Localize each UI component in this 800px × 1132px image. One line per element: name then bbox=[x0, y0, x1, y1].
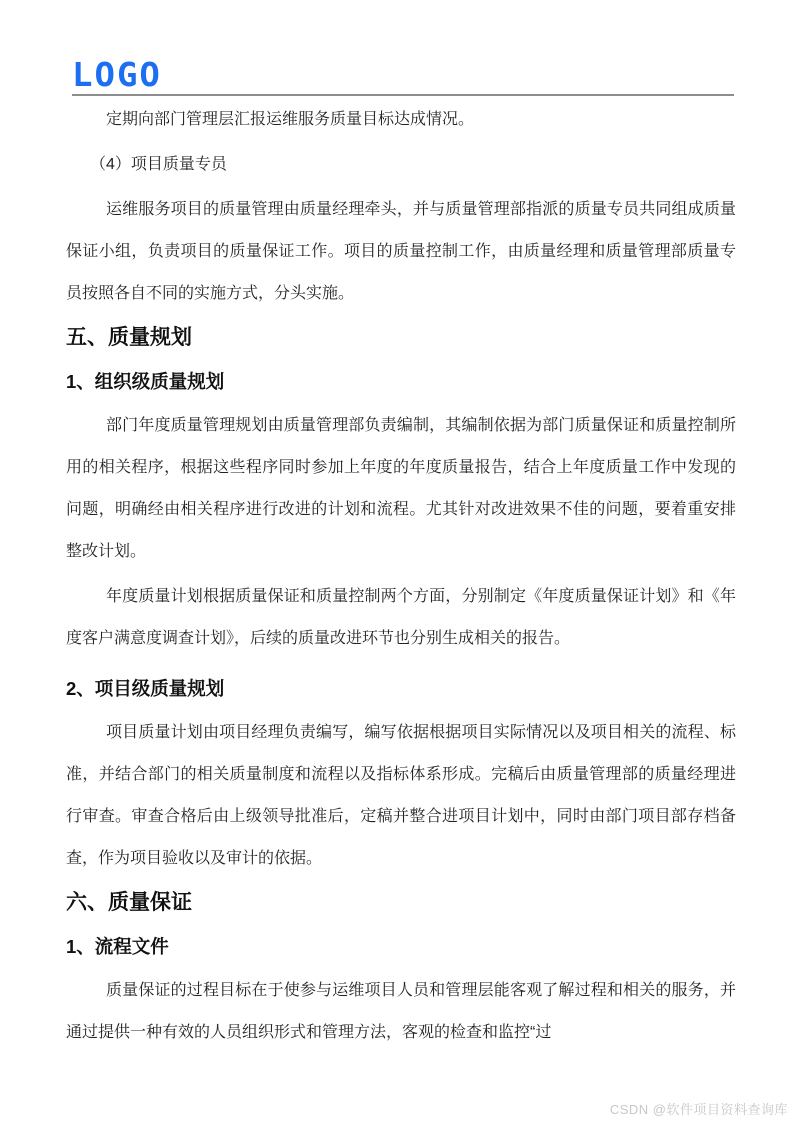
company-logo: LOGO bbox=[72, 59, 734, 92]
paragraph-report-duty: 定期向部门管理层汇报运维服务质量目标达成情况。 bbox=[66, 99, 736, 141]
paragraph-item4-body: 运维服务项目的质量管理由质量经理牵头，并与质量管理部指派的质量专员共同组成质量保… bbox=[66, 189, 736, 315]
subsection-heading-5-2-project-planning: 2、项目级质量规划 bbox=[66, 676, 736, 702]
subsection-heading-5-1-org-planning: 1、组织级质量规划 bbox=[66, 369, 736, 395]
list-item-4-heading: （4）项目质量专员 bbox=[66, 144, 736, 186]
page-header: LOGO bbox=[0, 0, 800, 96]
paragraph-org-planning-1: 部门年度质量管理规划由质量管理部负责编制，其编制依据为部门质量保证和质量控制所用… bbox=[66, 405, 736, 573]
document-body: 定期向部门管理层汇报运维服务质量目标达成情况。 （4）项目质量专员 运维服务项目… bbox=[66, 99, 736, 1054]
header-divider bbox=[72, 94, 734, 96]
section-heading-5-quality-planning: 五、质量规划 bbox=[66, 323, 736, 353]
csdn-watermark: CSDN @软件项目资料查询库 bbox=[610, 1099, 788, 1118]
subsection-heading-6-1-process-docs: 1、流程文件 bbox=[66, 934, 736, 960]
paragraph-qa-goal: 质量保证的过程目标在于使参与运维项目人员和管理层能客观了解过程和相关的服务，并通… bbox=[66, 970, 736, 1054]
paragraph-project-planning: 项目质量计划由项目经理负责编写，编写依据根据项目实际情况以及项目相关的流程、标准… bbox=[66, 712, 736, 880]
section-heading-6-quality-assurance: 六、质量保证 bbox=[66, 888, 736, 918]
paragraph-org-planning-2: 年度质量计划根据质量保证和质量控制两个方面，分别制定《年度质量保证计划》和《年度… bbox=[66, 576, 736, 660]
document-page: LOGO 定期向部门管理层汇报运维服务质量目标达成情况。 （4）项目质量专员 运… bbox=[0, 0, 800, 1132]
